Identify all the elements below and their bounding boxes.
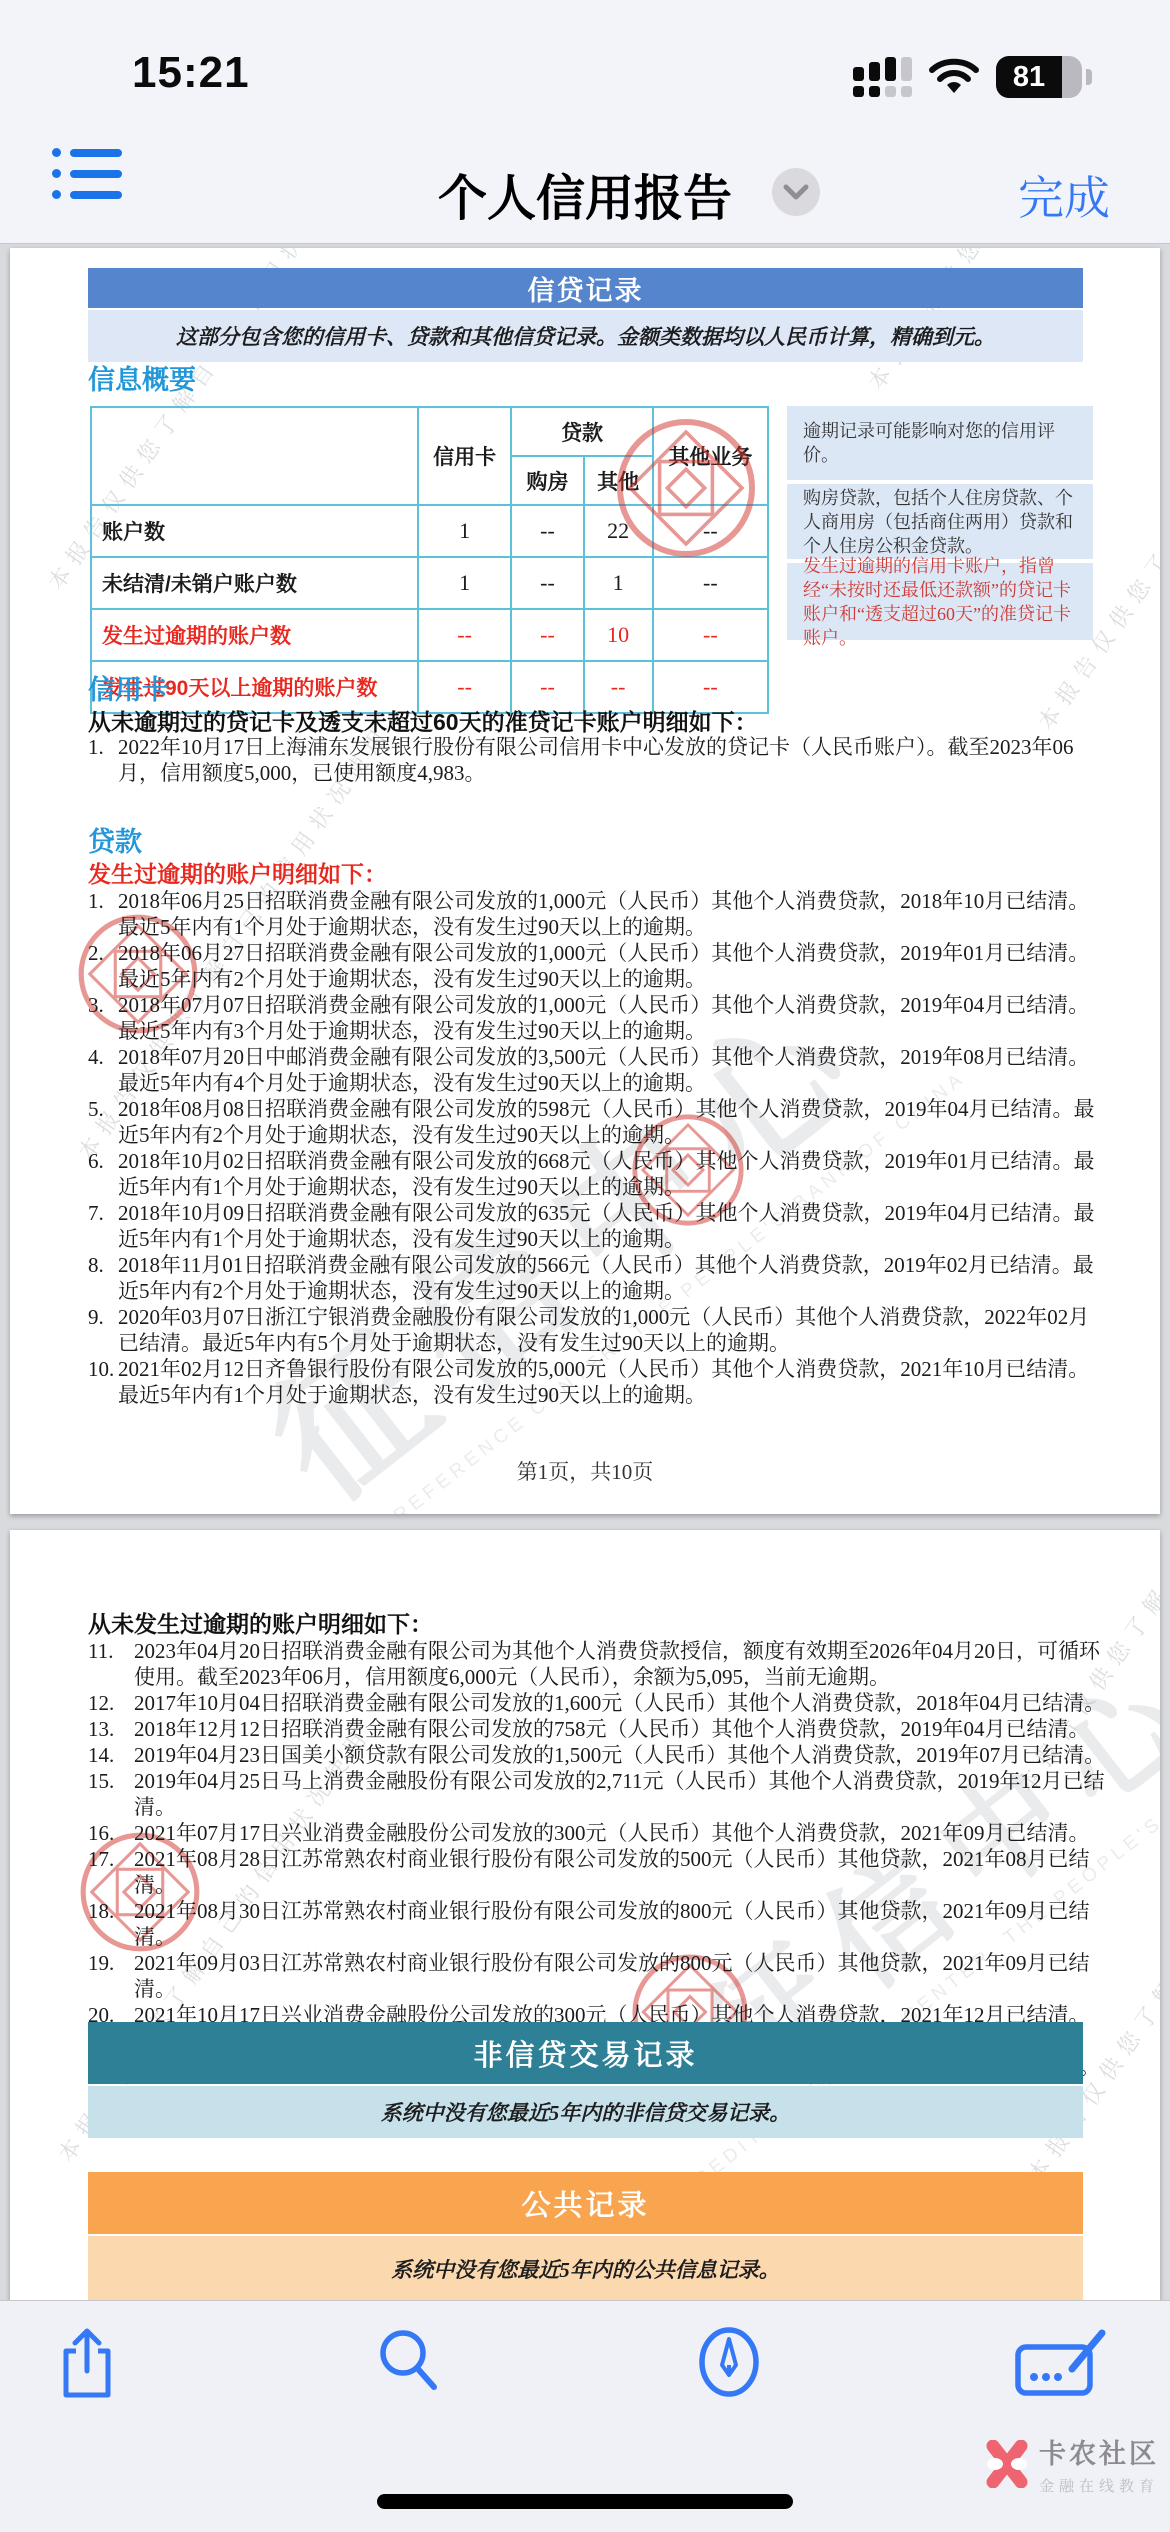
public-records-header: 公共记录 [88, 2172, 1083, 2234]
share-button[interactable] [54, 2325, 120, 2403]
noncredit-header: 非信贷交易记录 [88, 2022, 1083, 2084]
credit-records-header: 信贷记录 [88, 268, 1083, 308]
credit-card-item: 1.2022年10月17日上海浦东发展银行股份有限公司信用卡中心发放的贷记卡（人… [88, 734, 1104, 786]
credit-card-heading: 从未逾期过的贷记卡及透支未超过60天的准贷记卡账户明细如下： [88, 704, 758, 737]
loan-item: 1.2018年06月25日招联消费金融有限公司发放的1,000元（人民币）其他个… [88, 888, 1110, 940]
table-row: 发生过逾期的账户数 -- -- 10 -- [91, 609, 768, 661]
loan-item: 15.2019年04月25日马上消费金融股份有限公司发放的2,711元（人民币）… [88, 1768, 1110, 1820]
overdue-loan-list: 1.2018年06月25日招联消费金融有限公司发放的1,000元（人民币）其他个… [88, 888, 1110, 1408]
wifi-icon [928, 57, 980, 97]
loan-item: 3.2018年07月07日招联消费金融有限公司发放的1,000元（人民币）其他个… [88, 992, 1110, 1044]
credit-records-desc: 这部分包含您的信用卡、贷款和其他信贷记录。金额类数据均以人民币计算，精确到元。 [88, 310, 1083, 362]
markup-button[interactable] [694, 2325, 764, 2399]
loan-item: 8.2018年11月01日招联消费金融有限公司发放的566元（人民币）其他个人消… [88, 1252, 1110, 1304]
loan-item: 16.2021年07月17日兴业消费金融股份公司发放的300元（人民币）其他个人… [88, 1820, 1110, 1846]
cellular-signal-icon [853, 57, 912, 97]
done-button[interactable]: 完成 [1018, 162, 1110, 228]
loan-item: 9.2020年03月07日浙江宁银消费金融股份有限公司发放的1,000元（人民币… [88, 1304, 1110, 1356]
table-note: 发生过逾期的信用卡账户，指曾经“未按时还最低还款额”的贷记卡账户和“透支超过60… [787, 563, 1093, 640]
loan-item: 19.2021年09月03日江苏常熟农村商业银行股份有限公司发放的800元（人民… [88, 1950, 1110, 2002]
pdf-page-1: 征信中心 CREDIT REFERENCE CENTER, THE PEOPLE… [10, 248, 1160, 1514]
battery-nub [1086, 69, 1092, 85]
table-note: 购房贷款，包括个人住房贷款、个人商用房（包括商住两用）贷款和个人住房公积金贷款。 [787, 484, 1093, 559]
loan-item: 2.2018年06月27日招联消费金融有限公司发放的1,000元（人民币）其他个… [88, 940, 1110, 992]
forum-logo-icon [985, 2440, 1029, 2488]
chevron-down-icon [783, 184, 809, 200]
loan-item: 18.2021年08月30日江苏常熟农村商业银行股份有限公司发放的800元（人民… [88, 1898, 1110, 1950]
col-header-credit-card: 信用卡 [418, 407, 512, 505]
title-menu-button[interactable] [772, 168, 820, 216]
home-indicator[interactable] [377, 2494, 793, 2509]
status-time: 15:21 [132, 48, 250, 98]
loan-item: 5.2018年08月08日招联消费金融有限公司发放的598元（人民币）其他个人消… [88, 1096, 1110, 1148]
overdue-heading: 发生过逾期的账户明细如下： [88, 856, 387, 889]
public-records-body: 系统中没有您最近5年内的公共信息记录。 [88, 2236, 1083, 2302]
battery-icon: 81 [996, 56, 1082, 98]
loan-item: 10.2021年02月12日齐鲁银行股份有限公司发放的5,000元（人民币）其他… [88, 1356, 1110, 1408]
loan-item: 11.2023年04月20日招联消费金融有限公司为其他个人消费贷款授信，额度有效… [88, 1638, 1110, 1690]
forum-watermark-logo: 卡农社区 金融在线教育 [985, 2432, 1159, 2496]
signature-form-button[interactable] [1014, 2325, 1114, 2401]
credit-card-title: 信用卡 [88, 668, 169, 707]
noncredit-body: 系统中没有您最近5年内的非信贷交易记录。 [88, 2086, 1083, 2138]
red-seal-stamp [614, 416, 758, 560]
loan-item: 12.2017年10月04日招联消费金融有限公司发放的1,600元（人民币）其他… [88, 1690, 1110, 1716]
never-overdue-heading: 从未发生过逾期的账户明细如下： [88, 1606, 433, 1639]
search-button[interactable] [374, 2325, 444, 2397]
table-row: 未结清/未销户账户数 1 -- 1 -- [91, 557, 768, 609]
loan-item: 6.2018年10月02日招联消费金融有限公司发放的668元（人民币）其他个人消… [88, 1148, 1110, 1200]
table-note: 逾期记录可能影响对您的信用评价。 [787, 406, 1093, 480]
loan-item: 4.2018年07月20日中邮消费金融有限公司发放的3,500元（人民币）其他个… [88, 1044, 1110, 1096]
forum-logo-subtitle: 金融在线教育 [1039, 2475, 1159, 2496]
loan-item: 7.2018年10月09日招联消费金融有限公司发放的635元（人民币）其他个人消… [88, 1200, 1110, 1252]
col-header-loan-house: 购房 [511, 456, 583, 505]
loan-item: 13.2018年12月12日招联消费金融有限公司发放的758元（人民币）其他个人… [88, 1716, 1110, 1742]
loan-item: 17.2021年08月28日江苏常熟农村商业银行股份有限公司发放的500元（人民… [88, 1846, 1110, 1898]
forum-logo-name: 卡农社区 [1039, 2432, 1159, 2471]
battery-percent: 81 [996, 56, 1062, 98]
credit-card-list: 1.2022年10月17日上海浦东发展银行股份有限公司信用卡中心发放的贷记卡（人… [88, 734, 1104, 786]
phone-screen: 15:21 81 [0, 0, 1170, 2532]
loan-item: 14.2019年04月23日国美小额贷款有限公司发放的1,500元（人民币）其他… [88, 1742, 1110, 1768]
page-number: 第1页，共10页 [10, 1456, 1160, 1486]
loan-title: 贷款 [88, 820, 142, 859]
nav-bar: 个人信用报告 完成 [0, 130, 1170, 244]
overview-title: 信息概要 [88, 358, 196, 397]
status-bar: 15:21 81 [0, 0, 1170, 130]
never-overdue-loan-list: 11.2023年04月20日招联消费金融有限公司为其他个人消费贷款授信，额度有效… [88, 1638, 1110, 2080]
status-icons: 81 [853, 56, 1092, 98]
document-title: 个人信用报告 [0, 160, 1170, 230]
